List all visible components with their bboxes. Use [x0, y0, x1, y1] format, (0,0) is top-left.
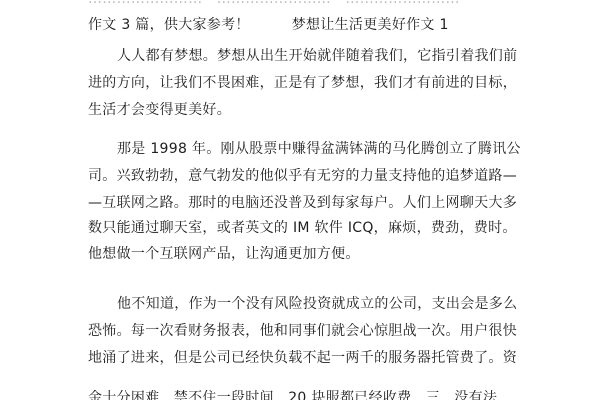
paragraph-line: 司。兴致勃勃，意气勃发的他似乎有无穷的力量支持他的追梦道路— — [88, 168, 518, 184]
document-page: …………………… …………………… …………………… 作文 3 篇，供大家参考！… — [0, 0, 600, 400]
intro-line: 作文 3 篇，供大家参考！梦想让生活更美好作文 1 — [88, 17, 518, 33]
paragraph-line: —互联网之路。那时的电脑还没普及到每家每户。人们上网聊天大多 — [88, 195, 518, 211]
clipped-bottom-line: 金十分困难，禁不住一段时间，20 块服都已经收费，三，没有法 — [88, 390, 518, 400]
paragraph-line: 他想做一个互联网产品，让沟通更加方便。 — [88, 246, 518, 262]
paragraph-line: 那是 1998 年。刚从股票中赚得盆满钵满的马化腾创立了腾讯公 — [117, 141, 547, 157]
paragraph-line: 人人都有梦想。梦想从出生开始就伴随着我们，它指引着我们前 — [117, 48, 547, 64]
clipped-top-text: …………………… …………………… …………………… — [88, 0, 518, 3]
paragraph-line: 地涌了进来，但是公司已经快负载不起一两千的服务器托管费了。资 — [88, 350, 518, 366]
paragraph-line: 数只能通过聊天室，或者英文的 IM 软件 ICQ，麻烦，费劲，费时。 — [88, 220, 518, 236]
clipped-top-line: …………………… …………………… …………………… — [88, 0, 518, 3]
paragraph-line: 他不知道，作为一个没有风险投资就成立的公司，支出会是多么 — [117, 296, 547, 312]
paragraph-line: 进的方向，让我们不畏困难，正是有了梦想，我们才有前进的目标， — [88, 75, 518, 91]
paragraph-line: 恐怖。每一次看财务报表，他和同事们就会心惊胆战一次。用户很快 — [88, 323, 518, 339]
paragraph-line: 生活才会变得更美好。 — [88, 102, 518, 118]
essay-title: 梦想让生活更美好作文 1 — [292, 17, 449, 33]
intro-text: 作文 3 篇，供大家参考！ — [88, 17, 250, 33]
